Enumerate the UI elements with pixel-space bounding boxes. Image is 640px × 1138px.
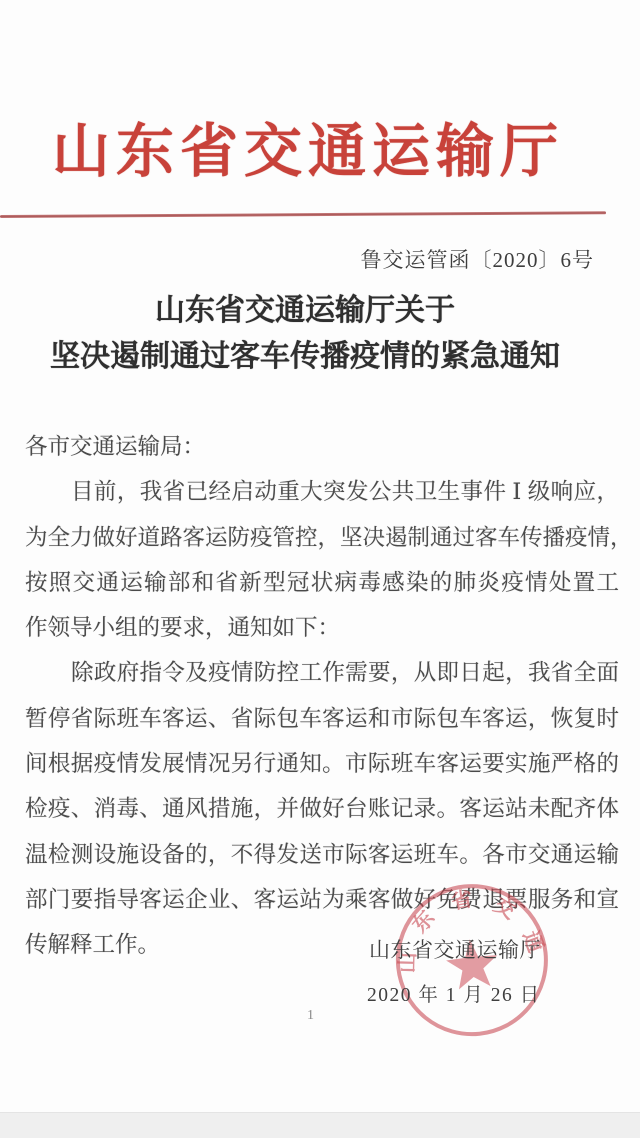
- issue-date: 2020 年 1 月 26 日: [367, 979, 541, 1007]
- document-page: 山东省交通运输厅 鲁交运管函〔2020〕6号 山东省交通运输厅关于 坚决遏制通过…: [0, 0, 640, 1138]
- body-line: 作领导小组的要求，通知如下：: [25, 605, 619, 650]
- body-line: 检疫、消毒、通风措施，并做好台账记录。客运站未配齐体: [25, 786, 619, 831]
- body-line: 为全力做好道路客运防疫管控，坚决遏制通过客车传播疫情，: [25, 515, 619, 560]
- body-line: 各市交通运输局：: [25, 424, 619, 469]
- notice-title-line2: 坚决遏制通过客车传播疫情的紧急通知: [0, 334, 610, 380]
- letterhead-title: 山东省交通运输厅: [0, 104, 616, 188]
- footer-strip: [0, 1112, 640, 1138]
- body-line: 按照交通运输部和省新型冠状病毒感染的肺炎疫情处置工: [25, 560, 619, 605]
- issuer-signature: 山东省交通运输厅: [369, 934, 541, 964]
- doc-number: 鲁交运管函〔2020〕6号: [361, 244, 595, 274]
- body-line: 间根据疫情发展情况另行通知。市际班车客运要实施严格的: [25, 741, 619, 786]
- letterhead-rule: [0, 211, 606, 218]
- page-number: 1: [307, 1008, 314, 1024]
- body-line: 温检测设施设备的，不得发送市际客运班车。各市交通运输: [25, 832, 619, 877]
- body-line: 目前，我省已经启动重大突发公共卫生事件 Ⅰ 级响应，: [25, 469, 619, 514]
- notice-title: 山东省交通运输厅关于 坚决遏制通过客车传播疫情的紧急通知: [0, 288, 610, 380]
- notice-title-line1: 山东省交通运输厅关于: [0, 288, 610, 334]
- body-line: 除政府指令及疫情防控工作需要，从即日起，我省全面: [25, 650, 619, 695]
- body-line: 暂停省际班车客运、省际包车客运和市际包车客运，恢复时: [25, 696, 619, 741]
